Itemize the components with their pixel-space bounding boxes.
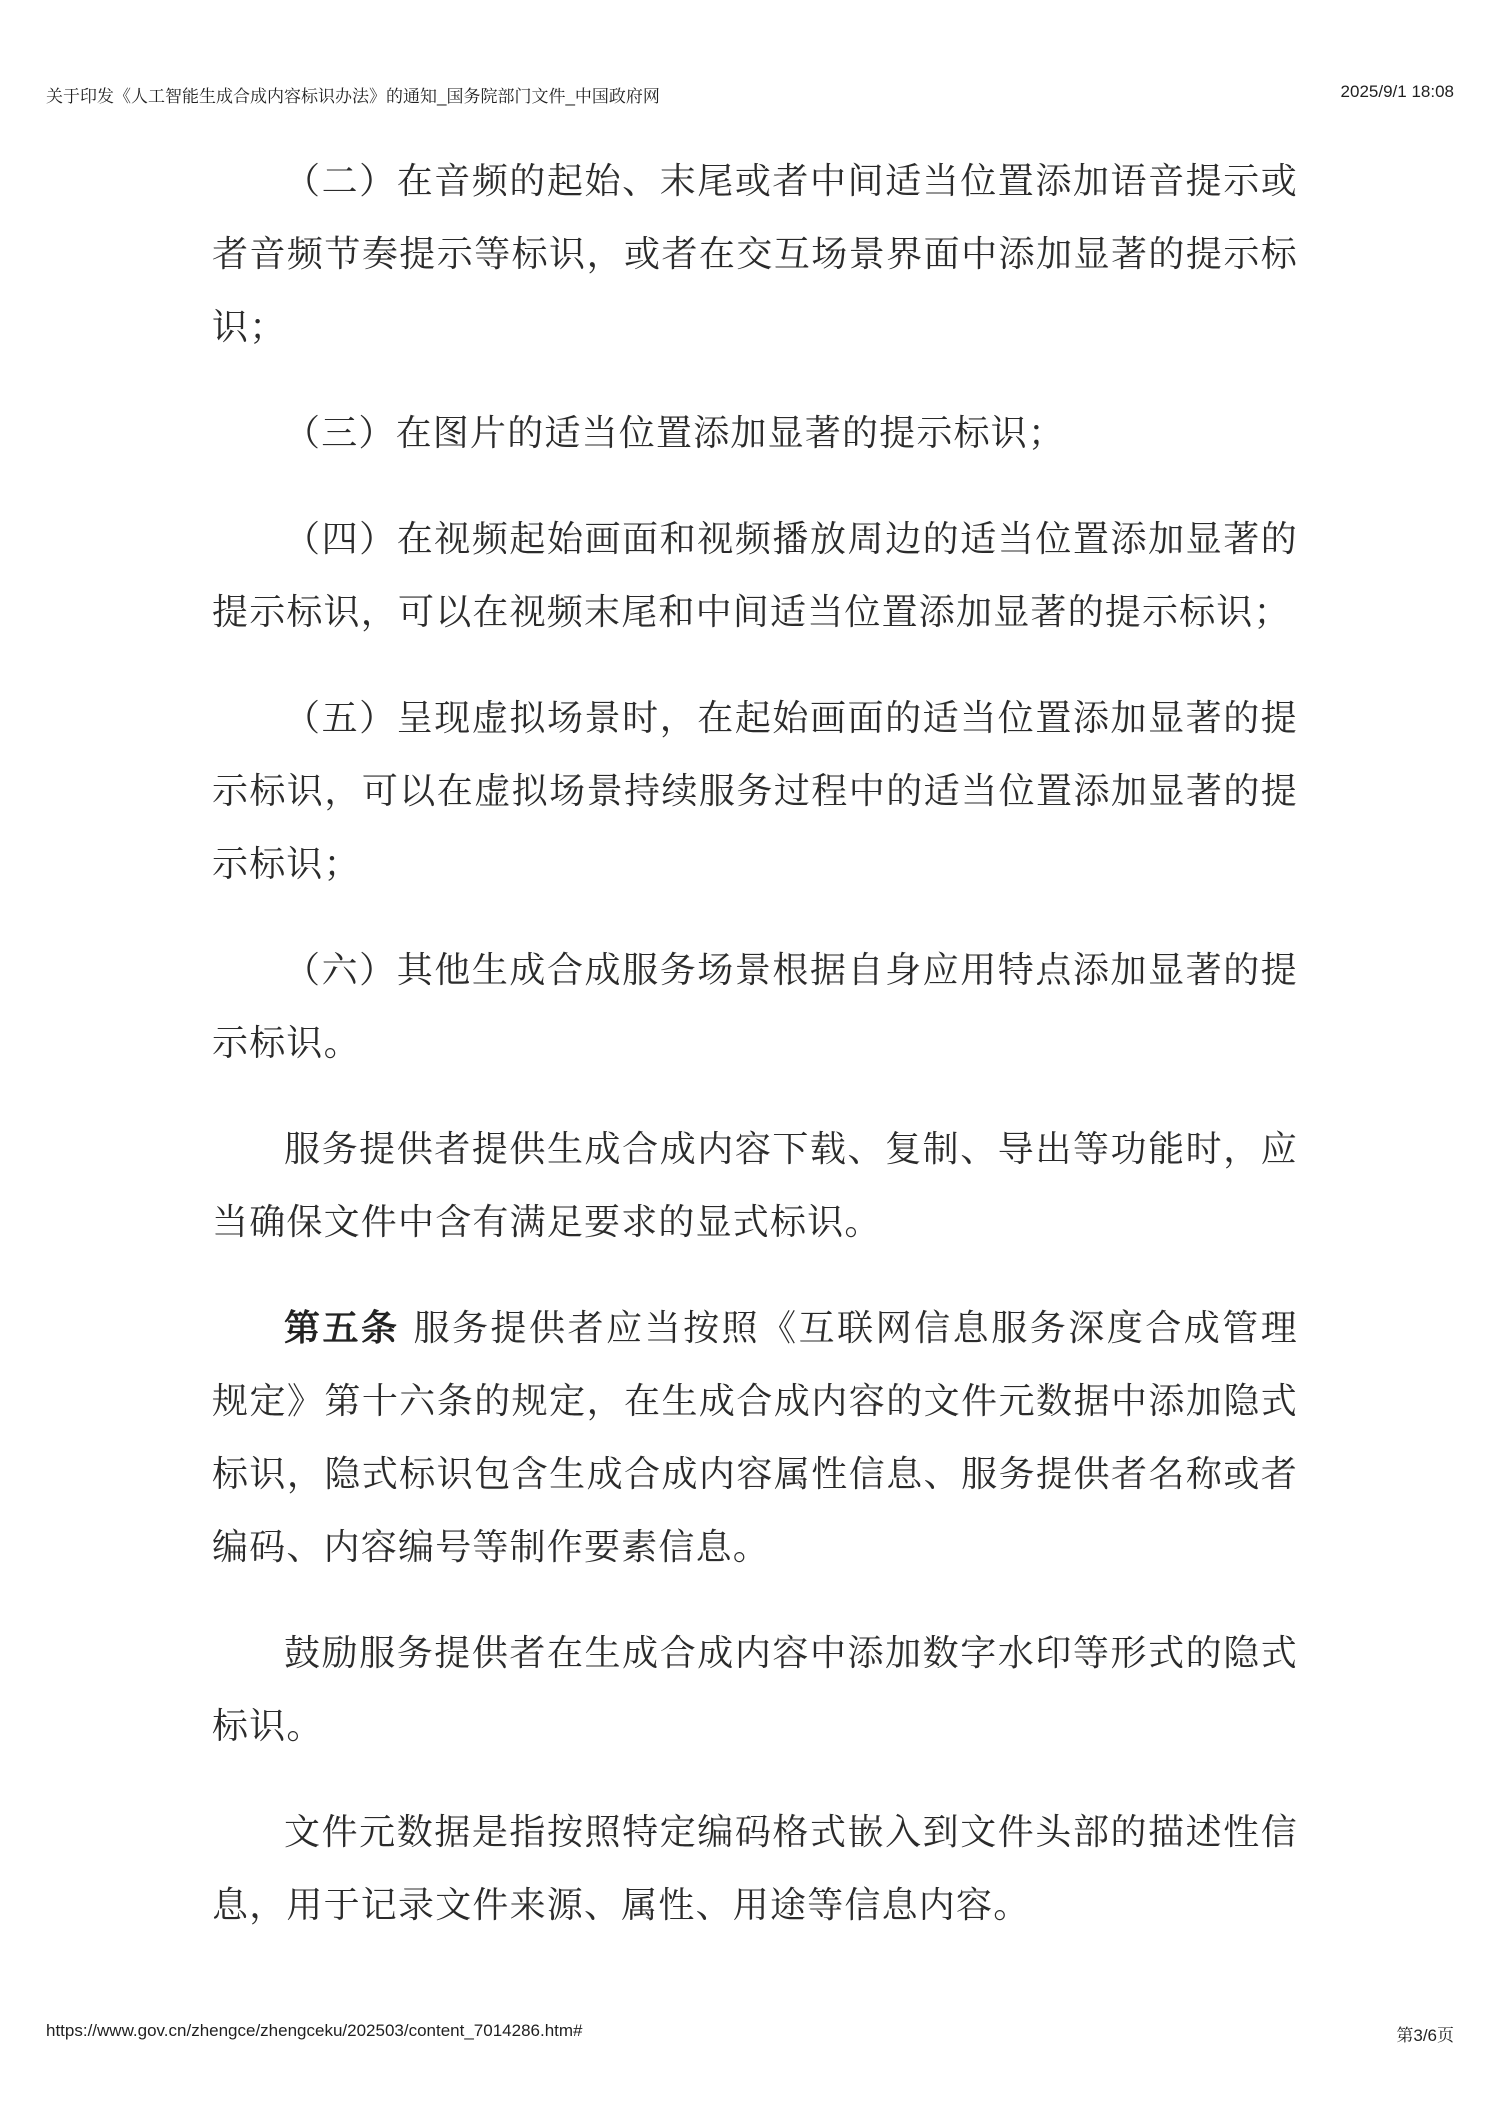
paragraph-metadata-definition: 文件元数据是指按照特定编码格式嵌入到文件头部的描述性信息，用于记录文件来源、属性… xyxy=(212,1796,1298,1942)
paragraph-watermark: 鼓励服务提供者在生成合成内容中添加数字水印等形式的隐式标识。 xyxy=(212,1617,1298,1763)
article-number: 第五条 xyxy=(284,1307,400,1349)
article-body: （二）在音频的起始、末尾或者中间适当位置添加语音提示或者音频节奏提示等标识，或者… xyxy=(212,145,1298,1975)
paragraph-text: （三）在图片的适当位置添加显著的提示标识； xyxy=(284,413,1065,454)
page-url: https://www.gov.cn/zhengce/zhengceku/202… xyxy=(46,2021,583,2041)
paragraph-text: 服务提供者提供生成合成内容下载、复制、导出等功能时，应当确保文件中含有满足要求的… xyxy=(212,1129,1298,1243)
page-title: 关于印发《人工智能生成合成内容标识办法》的通知_国务院部门文件_中国政府网 xyxy=(46,82,660,107)
paragraph-download-export: 服务提供者提供生成合成内容下载、复制、导出等功能时，应当确保文件中含有满足要求的… xyxy=(212,1113,1298,1259)
paragraph-text: （六）其他生成合成服务场景根据自身应用特点添加显著的提示标识。 xyxy=(212,950,1298,1064)
paragraph-item-5: （五）呈现虚拟场景时，在起始画面的适当位置添加显著的提示标识，可以在虚拟场景持续… xyxy=(212,682,1298,901)
print-footer: https://www.gov.cn/zhengce/zhengceku/202… xyxy=(0,2021,1500,2051)
paragraph-text: 文件元数据是指按照特定编码格式嵌入到文件头部的描述性信息，用于记录文件来源、属性… xyxy=(212,1812,1298,1926)
paragraph-item-2: （二）在音频的起始、末尾或者中间适当位置添加语音提示或者音频节奏提示等标识，或者… xyxy=(212,145,1298,364)
paragraph-text: （二）在音频的起始、末尾或者中间适当位置添加语音提示或者音频节奏提示等标识，或者… xyxy=(212,161,1298,348)
paragraph-item-6: （六）其他生成合成服务场景根据自身应用特点添加显著的提示标识。 xyxy=(212,934,1298,1080)
paragraph-item-4: （四）在视频起始画面和视频播放周边的适当位置添加显著的提示标识，可以在视频末尾和… xyxy=(212,503,1298,649)
paragraph-text: （五）呈现虚拟场景时，在起始画面的适当位置添加显著的提示标识，可以在虚拟场景持续… xyxy=(212,698,1298,885)
paragraph-article-5: 第五条 服务提供者应当按照《互联网信息服务深度合成管理规定》第十六条的规定，在生… xyxy=(212,1292,1298,1584)
page-indicator: 第3/6页 xyxy=(1396,2021,1454,2046)
paragraph-item-3: （三）在图片的适当位置添加显著的提示标识； xyxy=(212,397,1298,470)
print-datetime: 2025/9/1 18:08 xyxy=(1341,82,1454,102)
print-header: 关于印发《人工智能生成合成内容标识办法》的通知_国务院部门文件_中国政府网 20… xyxy=(0,82,1500,112)
paragraph-text: （四）在视频起始画面和视频播放周边的适当位置添加显著的提示标识，可以在视频末尾和… xyxy=(212,519,1298,633)
paragraph-text: 鼓励服务提供者在生成合成内容中添加数字水印等形式的隐式标识。 xyxy=(212,1633,1298,1747)
